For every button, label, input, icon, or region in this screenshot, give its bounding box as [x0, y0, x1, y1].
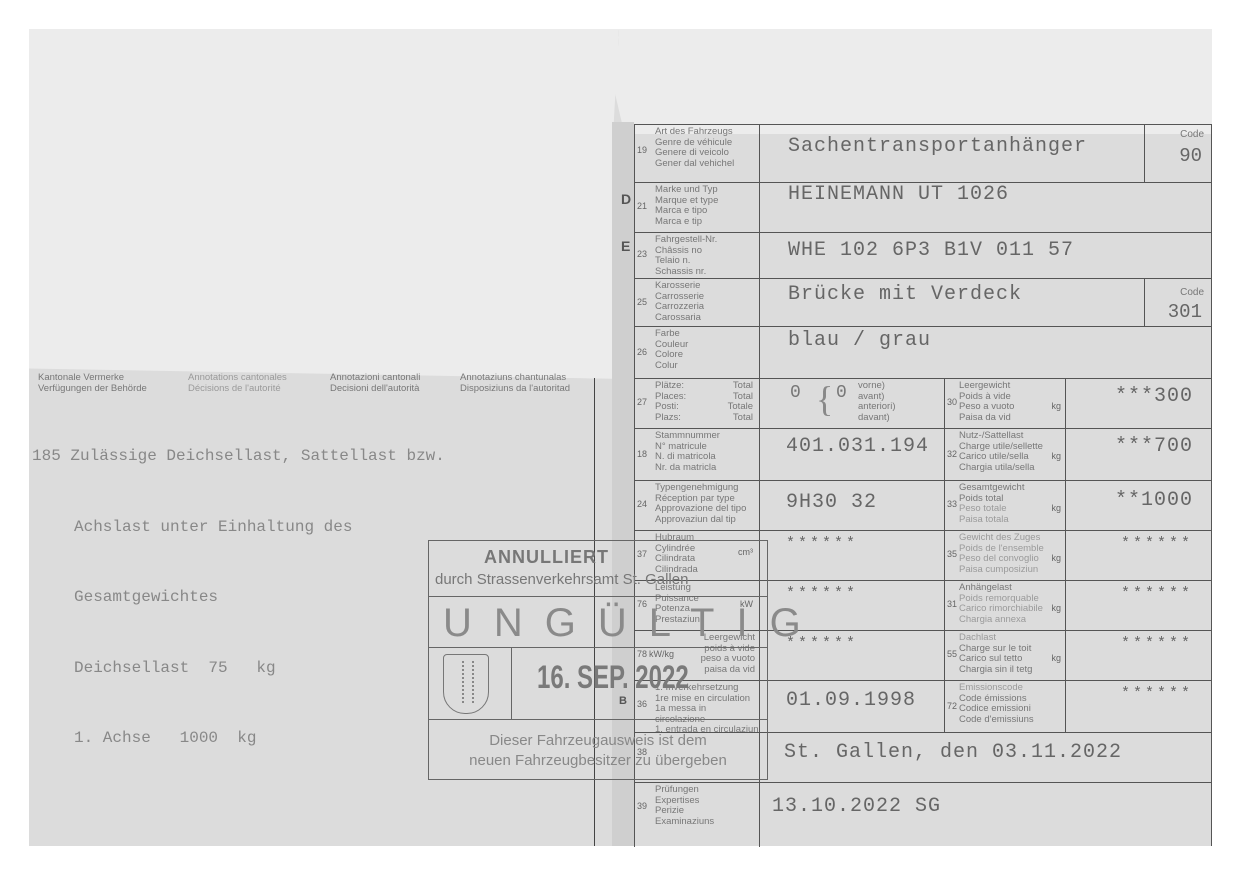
overlay-paper-sheet	[29, 29, 619, 379]
field-number: 32	[947, 449, 957, 460]
code-label: Code	[1180, 129, 1204, 140]
field-label: Codice emissioni	[959, 704, 1034, 715]
side-letter-e: E	[621, 238, 630, 254]
field-label: Emissionscode	[959, 683, 1034, 694]
field-number: 30	[947, 397, 957, 408]
color-value: blau / grau	[788, 329, 931, 352]
row-chassis: 23 Fahrgestell-Nr. Châssis no Telaio n. …	[634, 232, 1212, 279]
field-label: Examinaziuns	[655, 817, 714, 828]
row-body: 25 Karosserie Carrosserie Carrozzeria Ca…	[634, 278, 1212, 327]
field-number: 55	[947, 649, 957, 660]
field-label: Farbe	[655, 329, 688, 340]
unit-label: kg	[1051, 653, 1061, 664]
field-label: Leergewicht	[959, 381, 1014, 392]
field-label: Chargia sin il tetg	[959, 665, 1032, 676]
roof-load-value: ******	[1075, 635, 1193, 652]
table-right-border	[1211, 124, 1212, 846]
row-make-model: 21 Marke und Typ Marque et type Marca e …	[634, 182, 1212, 233]
vehicle-type-value: Sachentransportanhänger	[788, 135, 1087, 158]
field-label: davant)	[858, 413, 896, 424]
field-label: Nr. da matricla	[655, 463, 720, 474]
field-number: 33	[947, 499, 957, 510]
brace-icon: {	[816, 381, 833, 417]
row-inspections: 39 Prüfungen Expertises Perizie Examinaz…	[634, 782, 1212, 848]
field-label: Karosserie	[655, 281, 704, 292]
field-label: Colore	[655, 350, 688, 361]
row-places-empty-weight: 27 Plätze: Places: Posti: Plazs: Total T…	[634, 378, 1212, 429]
power-value: ******	[786, 585, 858, 602]
annotation-line: Achslast unter Einhaltung des	[32, 516, 445, 540]
body-code: 301	[1168, 301, 1202, 323]
field-label: Carico sul tetto	[959, 654, 1032, 665]
field-label: Paisa da vid	[959, 413, 1014, 424]
field-label: Perizie	[655, 806, 714, 817]
field-label: Approvaziun dal tip	[655, 515, 746, 526]
emission-code-value: ******	[1075, 685, 1193, 702]
annotation-header-de-1: Kantonale Vermerke	[38, 373, 147, 384]
field-label: Code d'emissiuns	[959, 715, 1034, 726]
field-label: Marca e tip	[655, 217, 718, 228]
unit-label: kg	[1051, 503, 1061, 514]
field-label: Fahrgestell-Nr.	[655, 235, 717, 246]
stamp-divider	[429, 719, 767, 720]
stamp-note: Dieser Fahrzeugausweis ist dem neuen Fah…	[429, 731, 767, 771]
field-label: Carrozzeria	[655, 302, 704, 313]
annotation-line: Gesamtgewichtes	[32, 586, 445, 610]
code-label: Code	[1180, 287, 1204, 298]
first-registration-value: 01.09.1998	[786, 689, 916, 712]
field-number: 27	[637, 397, 647, 408]
vehicle-type-code: 90	[1179, 145, 1202, 167]
field-number: 39	[637, 801, 647, 812]
field-label: Colur	[655, 361, 688, 372]
chassis-value: WHE 102 6P3 B1V 011 57	[788, 239, 1074, 262]
field-label: Gewicht des Zuges	[959, 533, 1044, 544]
field-label: Plätze:	[655, 381, 686, 392]
field-label: Prüfungen	[655, 785, 714, 796]
field-number: 21	[637, 201, 647, 212]
field-label: Posti:	[655, 402, 686, 413]
field-label: Approvazione del tipo	[655, 504, 746, 515]
field-number: 26	[637, 347, 647, 358]
side-letter-d: D	[621, 191, 631, 207]
annotation-header-it-1: Annotazioni cantonali	[330, 373, 420, 384]
field-label: Chargia utila/sella	[959, 463, 1043, 474]
field-label: Marke und Typ	[655, 185, 718, 196]
field-label: Carico rimorchiabile	[959, 604, 1043, 615]
field-label: Carossaria	[655, 313, 704, 324]
field-number: 23	[637, 249, 647, 260]
field-label: Stammnummer	[655, 431, 720, 442]
annotation-line: 185 Zulässige Deichsellast, Sattellast b…	[32, 445, 445, 469]
field-label: Carico utile/sella	[959, 452, 1043, 463]
field-label: anteriori)	[858, 402, 896, 413]
field-label: Plazs:	[655, 413, 686, 424]
field-label: Peso del convoglio	[959, 554, 1044, 565]
field-label: Peso a vuoto	[959, 402, 1014, 413]
payload-value: ***700	[1075, 435, 1193, 458]
places-front-value: 0	[836, 383, 847, 403]
stamp-invalid: UNGÜLTIG	[443, 601, 823, 646]
annotation-line: Deichsellast 75 kg	[32, 657, 445, 681]
field-label: N. di matricola	[655, 452, 720, 463]
field-label: Art des Fahrzeugs	[655, 127, 734, 138]
inspections-value: 13.10.2022 SG	[772, 795, 941, 818]
annotation-header-fr-1: Annotations cantonales	[188, 373, 287, 384]
field-label: Genere di veicolo	[655, 148, 734, 159]
field-label: vorne)	[858, 381, 896, 392]
stamp-divider	[429, 596, 767, 597]
coat-of-arms-icon	[443, 654, 489, 714]
trailer-load-value: ******	[1075, 585, 1193, 602]
row-color: 26 Farbe Couleur Colore Colur blau / gra…	[634, 326, 1212, 379]
field-number: 72	[947, 701, 957, 712]
field-label: Gener dal vehichel	[655, 159, 734, 170]
field-number: 19	[637, 145, 647, 156]
annotation-text: 185 Zulässige Deichsellast, Sattellast b…	[32, 398, 445, 774]
cancellation-stamp: ANNULLIERT durch Strassenverkehrsamt St.…	[428, 540, 768, 780]
row-vehicle-type: 19 Art des Fahrzeugs Genre de véhicule G…	[634, 124, 1212, 183]
row-matricule-payload: 18 Stammnummer N° matricule N. di matric…	[634, 428, 1212, 481]
field-label: Paisa totala	[959, 515, 1024, 526]
field-label: Total	[728, 413, 753, 424]
annotation-line: 1. Achse 1000 kg	[32, 727, 445, 751]
make-model-value: HEINEMANN UT 1026	[788, 183, 1009, 206]
field-label: Peso totale	[959, 504, 1024, 515]
annotation-header-fr-2: Décisions de l'autorité	[188, 384, 287, 395]
document-top-margin	[600, 29, 1212, 134]
field-label: Nutz-/Sattellast	[959, 431, 1043, 442]
displacement-value: ******	[786, 535, 858, 552]
annotation-header-rm-2: Disposiziuns da l'autoritad	[460, 384, 570, 395]
matricule-value: 401.031.194	[786, 435, 929, 458]
field-label: Gesamtgewicht	[959, 483, 1024, 494]
stamp-date: 16. SEP. 2022	[537, 659, 689, 696]
field-label: Schassis nr.	[655, 267, 717, 278]
field-label: Marca e tipo	[655, 206, 718, 217]
unit-label: kg	[1051, 401, 1061, 412]
place-date-value: St. Gallen, den 03.11.2022	[784, 741, 1122, 764]
stamp-title: ANNULLIERT	[429, 547, 609, 568]
row-type-approval-total-weight: 24 Typengenehmigung Réception par type A…	[634, 480, 1212, 531]
field-label: Typengenehmigung	[655, 483, 746, 494]
field-number: 18	[637, 449, 647, 460]
annotation-header-de-2: Verfügungen der Behörde	[38, 384, 147, 395]
annotation-header-it-2: Decisioni dell'autorità	[330, 384, 420, 395]
field-label: Total	[728, 381, 753, 392]
type-approval-value: 9H30 32	[786, 491, 877, 514]
body-value: Brücke mit Verdeck	[788, 283, 1022, 306]
unit-label: kg	[1051, 603, 1061, 614]
field-number: 35	[947, 549, 957, 560]
stamp-b-mark: B	[619, 695, 627, 707]
field-label: Paisa cumposiziun	[959, 565, 1044, 576]
field-number: 31	[947, 599, 957, 610]
stamp-note-line: Dieser Fahrzeugausweis ist dem	[429, 731, 767, 751]
unit-label: kg	[1051, 451, 1061, 462]
places-total-value: 0	[790, 383, 801, 403]
field-label: Anhängelast	[959, 583, 1043, 594]
stamp-note-line: neuen Fahrzeugbesitzer zu übergeben	[429, 751, 767, 771]
field-label: Dachlast	[959, 633, 1032, 644]
field-number: 25	[637, 297, 647, 308]
field-label: Totale	[728, 402, 753, 413]
unit-label: kg	[1051, 553, 1061, 564]
total-weight-value: **1000	[1075, 489, 1193, 512]
field-label: Telaio n.	[655, 256, 717, 267]
field-label: Chargia annexa	[959, 615, 1043, 626]
annotation-header-rm-1: Annotaziuns chantunalas	[460, 373, 570, 384]
empty-weight-value: ***300	[1075, 385, 1193, 408]
train-weight-value: ******	[1075, 535, 1193, 552]
field-number: 24	[637, 499, 647, 510]
stamp-authority: durch Strassenverkehrsamt St. Gallen	[435, 571, 688, 588]
